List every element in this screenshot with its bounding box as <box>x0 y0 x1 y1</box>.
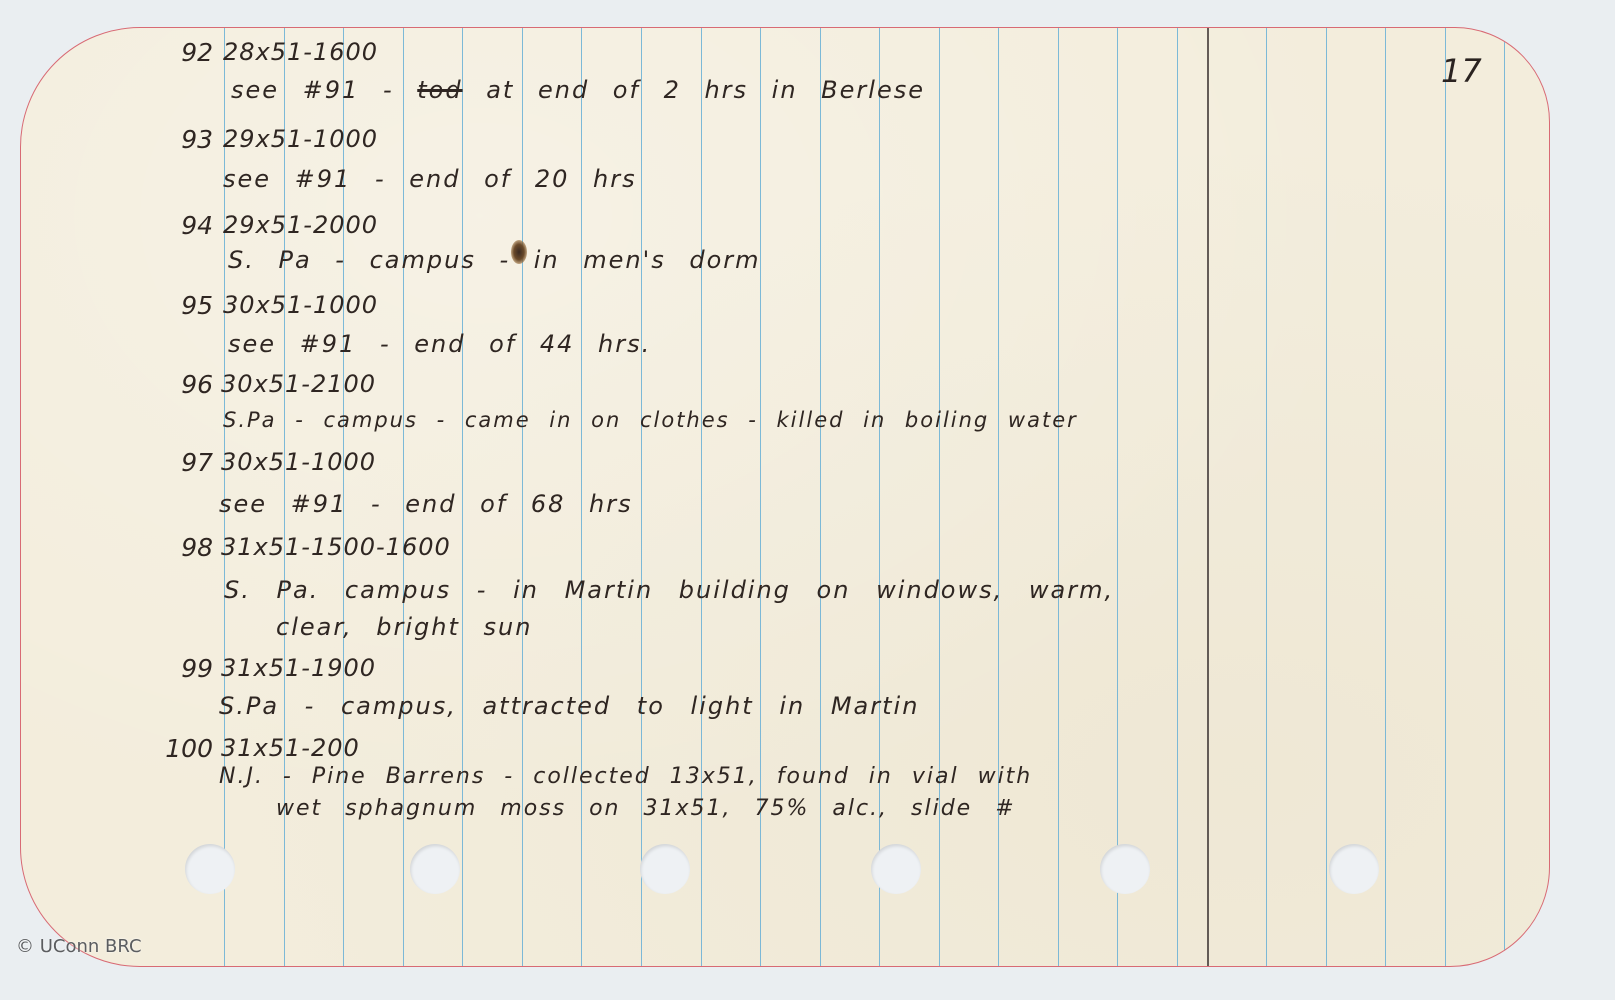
entry-date: 30x51-1000 <box>221 448 376 476</box>
entry-note-continued: wet sphagnum moss on 31x51, 75% alc., sl… <box>276 796 1016 821</box>
entry-note: see #91 - end of 44 hrs. <box>228 330 651 358</box>
entry-number: 99 <box>161 654 213 683</box>
entry-date: 31x51-1500-1600 <box>221 533 451 561</box>
entry-note: S. Pa. campus - in Martin building on wi… <box>224 576 1114 604</box>
entry-number: 96 <box>161 370 213 399</box>
entry-number: 98 <box>161 533 213 562</box>
entry-number: 94 <box>161 211 213 240</box>
entry-note-text: at end of 2 hrs in Berlese <box>486 76 925 104</box>
entry-note-text: see #91 - <box>231 76 394 104</box>
index-card: 17 92 28x51-1600 see #91 - tod at end of… <box>20 27 1550 967</box>
entry-number: 93 <box>161 125 213 154</box>
entry-note: S.Pa - campus - came in on clothes - kil… <box>223 408 1078 432</box>
entry-note: S. Pa - campus - in men's dorm <box>228 246 761 274</box>
entry-note: S.Pa - campus, attracted to light in Mar… <box>219 692 919 720</box>
entry-note-continued: clear, bright sun <box>276 613 532 641</box>
entry-number: 95 <box>161 291 213 320</box>
entry-date: 30x51-1000 <box>223 291 378 319</box>
entry-number: 92 <box>161 38 213 67</box>
copyright-watermark: © UConn BRC <box>16 936 142 957</box>
struck-word: tod <box>417 76 462 104</box>
scan-background: 17 92 28x51-1600 see #91 - tod at end of… <box>0 0 1615 1000</box>
entry-note: see #91 - tod at end of 2 hrs in Berlese <box>231 76 925 104</box>
specimen-log: 92 28x51-1600 see #91 - tod at end of 2 … <box>21 28 1549 966</box>
entry-number: 100 <box>151 734 213 763</box>
entry-date: 28x51-1600 <box>223 38 378 66</box>
entry-date: 29x51-2000 <box>223 211 378 239</box>
entry-number: 97 <box>161 448 213 477</box>
entry-note: see #91 - end of 68 hrs <box>219 490 633 518</box>
entry-note: see #91 - end of 20 hrs <box>223 165 637 193</box>
entry-date: 29x51-1000 <box>223 125 378 153</box>
entry-date: 31x51-200 <box>221 734 360 762</box>
entry-note: N.J. - Pine Barrens - collected 13x51, f… <box>219 764 1032 789</box>
entry-date: 31x51-1900 <box>221 654 376 682</box>
entry-date: 30x51-2100 <box>221 370 376 398</box>
